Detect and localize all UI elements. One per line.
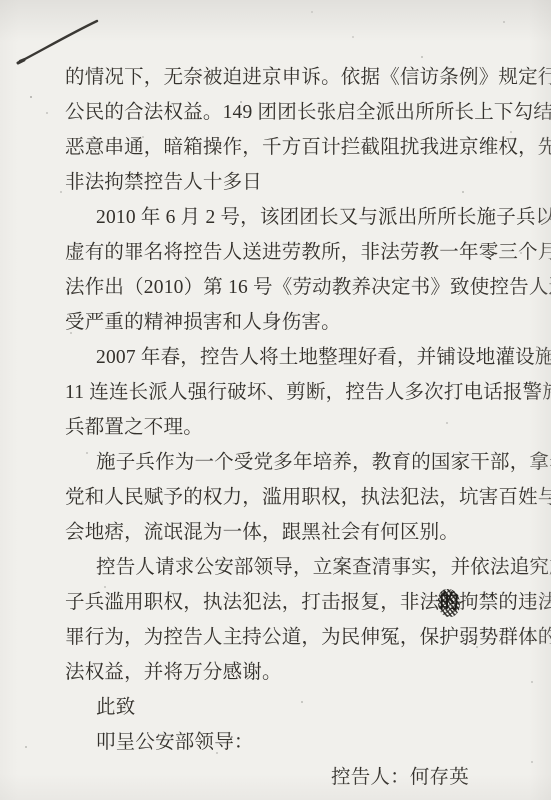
text-segment: 控告人：何存英 (331, 767, 469, 788)
text-line: 会地痞，流氓混为一体，跟黑社会有何区别。 (65, 515, 543, 550)
text-line: 2007 年春，控告人将土地整理好看，并铺设地灌设施被 (65, 340, 543, 375)
text-line: 子兵滥用职权，执法犯法，打击报复，非法的拘禁的违法犯 (65, 585, 543, 620)
text-line: 11 连连长派人强行破坏、剪断，控告人多次打电话报警施子 (65, 375, 543, 410)
text-line: 受严重的精神损害和人身伤害。 (65, 305, 543, 340)
text-line: 法权益，并将万分感谢。 (65, 655, 543, 690)
text-segment: 公民的合法权益。149 团团长张启全派出所所长上下勾结， (65, 102, 551, 123)
text-segment: 2007 年春，控告人将土地整理好看，并铺设地灌设施被 (96, 347, 551, 368)
text-line: 罪行为，为控告人主持公道，为民伸冤，保护弱势群体的合 (65, 620, 543, 655)
text-line: 法作出（2010）第 16 号《劳动教养决定书》致使控告人遭 (65, 270, 543, 305)
text-segment: 法作出（2010）第 16 号《劳动教养决定书》致使控告人遭 (65, 277, 551, 298)
text-segment: 恶意串通，暗箱操作，千方百计拦截阻扰我进京维权，先是 (65, 137, 551, 158)
text-line: 兵都置之不理。 (65, 410, 543, 445)
text-line: 非法拘禁控告人十多日 (65, 165, 543, 200)
text-line: 恶意串通，暗箱操作，千方百计拦截阻扰我进京维权，先是 (65, 130, 543, 165)
text-line: 公民的合法权益。149 团团长张启全派出所所长上下勾结， (65, 95, 543, 130)
text-line: 施子兵作为一个受党多年培养，教育的国家干部，拿着 (65, 445, 543, 480)
text-segment: 的情况下，无奈被迫进京申诉。依据《信访条例》规定行施 (65, 67, 551, 88)
text-segment: 此致 (96, 697, 135, 718)
text-line: 党和人民赋予的权力，滥用职权，执法犯法，坑害百姓与社 (65, 480, 543, 515)
signature-line: 控告人：何存英 (65, 760, 543, 795)
text-segment: 控告人请求公安部领导，立案查清事实，并依法追究施 (96, 557, 551, 578)
text-line: 控告人请求公安部领导，立案查清事实，并依法追究施 (65, 550, 543, 585)
text-line: 叩呈公安部领导： (65, 725, 543, 760)
text-segment: 非法拘禁控告人十多日 (65, 172, 262, 193)
text-segment: 虚有的罪名将控告人送进劳教所，非法劳教一年零三个月违 (65, 242, 551, 263)
text-line: 此致 (65, 690, 543, 725)
text-segment: 兵都置之不理。 (65, 417, 203, 438)
text-segment: 受严重的精神损害和人身伤害。 (65, 312, 341, 333)
text-segment: 11 连连长派人强行破坏、剪断，控告人多次打电话报警施子 (65, 382, 551, 403)
text-segment: 叩呈公安部领导： (96, 732, 254, 753)
pen-stroke-mark (0, 0, 130, 90)
text-line: 的情况下，无奈被迫进京申诉。依据《信访条例》规定行施 (65, 60, 543, 95)
scanned-page: 的情况下，无奈被迫进京申诉。依据《信访条例》规定行施公民的合法权益。149 团团… (0, 0, 551, 800)
text-segment: 施子兵作为一个受党多年培养，教育的国家干部，拿着 (96, 452, 551, 473)
text-segment: 党和人民赋予的权力，滥用职权，执法犯法，坑害百姓与社 (65, 487, 551, 508)
text-line: 2010 年 6 月 2 号，该团团长又与派出所所长施子兵以没 (65, 200, 543, 235)
text-segment: 子兵滥用职权，执法犯法，打击报复，非法 (65, 592, 439, 613)
text-line: 虚有的罪名将控告人送进劳教所，非法劳教一年零三个月违 (65, 235, 543, 270)
text-segment: 罪行为，为控告人主持公道，为民伸冤，保护弱势群体的合 (65, 627, 551, 648)
text-segment: 法权益，并将万分感谢。 (65, 662, 282, 683)
text-segment: 2010 年 6 月 2 号，该团团长又与派出所所长施子兵以没 (96, 207, 551, 228)
text-segment: 拘禁的违法犯 (459, 592, 551, 613)
text-segment: 会地痞，流氓混为一体，跟黑社会有何区别。 (65, 522, 459, 543)
scribbled-out-char: 的 (439, 585, 459, 620)
text-block: 的情况下，无奈被迫进京申诉。依据《信访条例》规定行施公民的合法权益。149 团团… (65, 60, 543, 795)
